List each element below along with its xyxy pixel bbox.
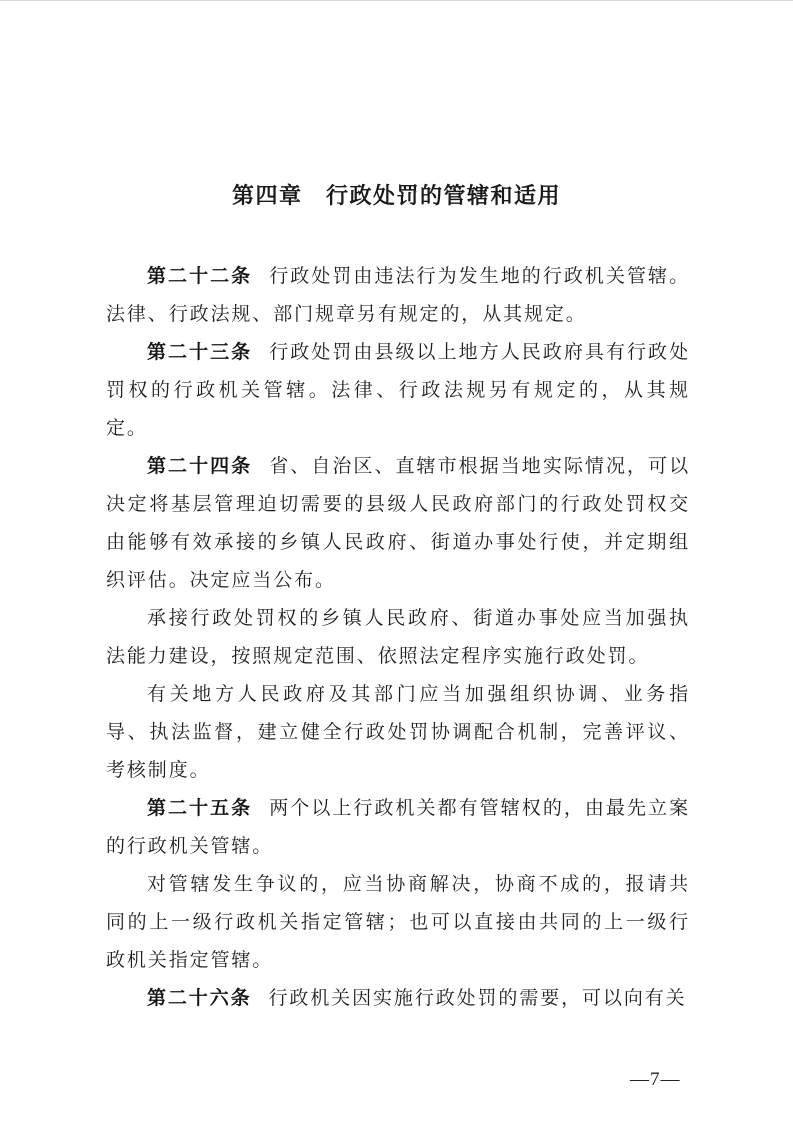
article-number: 第二十二条 [147, 266, 252, 287]
paragraph-text: 有关地方人民政府及其部门应当加强组织协调、业务指导、执法监督，建立健全行政处罚协… [106, 684, 690, 781]
article-paragraph: 第二十四条省、自治区、直辖市根据当地实际情况，可以决定将基层管理迫切需要的县级人… [106, 448, 690, 600]
article-number: 第二十六条 [147, 988, 252, 1009]
article-paragraph: 有关地方人民政府及其部门应当加强组织协调、业务指导、执法监督，建立健全行政处罚协… [106, 676, 690, 790]
page-number: —7— [630, 1068, 681, 1092]
article-paragraph: 第二十六条行政机关因实施行政处罚的需要，可以向有关 [106, 980, 690, 1018]
article-paragraph: 承接行政处罚权的乡镇人民政府、街道办事处应当加强执法能力建设，按照规定范围、依照… [106, 600, 690, 676]
paragraph-text: 对管辖发生争议的，应当协商解决，协商不成的，报请共同的上一级行政机关指定管辖；也… [106, 874, 690, 971]
paragraph-text: 行政机关因实施行政处罚的需要，可以向有关 [269, 988, 687, 1009]
article-number: 第二十五条 [147, 798, 252, 819]
article-paragraph: 对管辖发生争议的，应当协商解决，协商不成的，报请共同的上一级行政机关指定管辖；也… [106, 866, 690, 980]
scan-edge-line [0, 0, 793, 1]
article-paragraph: 第二十二条行政处罚由违法行为发生地的行政机关管辖。法律、行政法规、部门规章另有规… [106, 258, 690, 334]
article-paragraph: 第二十三条行政处罚由县级以上地方人民政府具有行政处罚权的行政机关管辖。法律、行政… [106, 334, 690, 448]
document-body: 第二十二条行政处罚由违法行为发生地的行政机关管辖。法律、行政法规、部门规章另有规… [106, 258, 690, 1018]
article-number: 第二十四条 [147, 456, 252, 477]
article-paragraph: 第二十五条两个以上行政机关都有管辖权的，由最先立案的行政机关管辖。 [106, 790, 690, 866]
paragraph-text: 承接行政处罚权的乡镇人民政府、街道办事处应当加强执法能力建设，按照规定范围、依照… [106, 608, 690, 667]
document-page: 第四章 行政处罚的管辖和适用 第二十二条行政处罚由违法行为发生地的行政机关管辖。… [0, 0, 793, 1122]
chapter-title: 第四章 行政处罚的管辖和适用 [0, 180, 793, 212]
article-number: 第二十三条 [147, 342, 252, 363]
